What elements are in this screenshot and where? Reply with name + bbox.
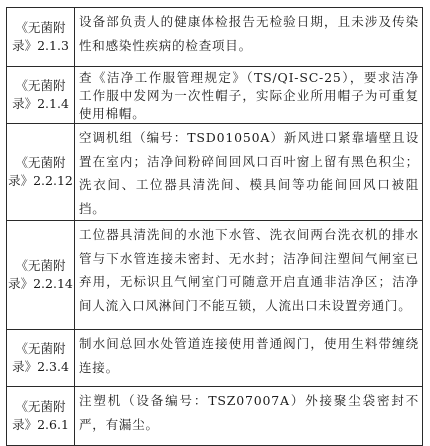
clause-reference: 《无菌附录》2.1.4: [7, 67, 75, 124]
finding-description: 注塑机（设备编号：TSZ07007A）外接聚尘袋密封不严，有漏尘。: [75, 387, 423, 446]
table-row: 《无菌附录》2.2.14 工位器具清洗间的水池下水管、洗衣间两台洗衣机的排水管与…: [7, 221, 423, 330]
clause-reference: 《无菌附录》2.2.12: [7, 124, 75, 221]
finding-description: 空调机组（编号：TSD01050A）新风进口紧靠墙壁且设置在室内；洁净间粉碎间回…: [75, 124, 423, 221]
findings-table: 《无菌附录》2.1.3 设备部负责人的健康体检报告无检验日期，且未涉及传染性和感…: [6, 7, 423, 446]
finding-description: 设备部负责人的健康体检报告无检验日期，且未涉及传染性和感染性疾病的检查项目。: [75, 8, 423, 67]
finding-description: 查《洁净工作服管理规定》（TS/QI-SC-25），要求洁净工作服中发网为一次性…: [75, 67, 423, 124]
clause-reference: 《无菌附录》2.3.4: [7, 330, 75, 387]
table-row: 《无菌附录》2.2.12 空调机组（编号：TSD01050A）新风进口紧靠墙壁且…: [7, 124, 423, 221]
clause-reference: 《无菌附录》2.1.3: [7, 8, 75, 67]
clause-reference: 《无菌附录》2.6.1: [7, 387, 75, 446]
table-row: 《无菌附录》2.6.1 注塑机（设备编号：TSZ07007A）外接聚尘袋密封不严…: [7, 387, 423, 446]
clause-reference: 《无菌附录》2.2.14: [7, 221, 75, 330]
finding-description: 制水间总回水处管道连接使用普通阀门，使用生料带缠绕连接。: [75, 330, 423, 387]
finding-description: 工位器具清洗间的水池下水管、洗衣间两台洗衣机的排水管与下水管连接未密封、无水封；…: [75, 221, 423, 330]
table-row: 《无菌附录》2.3.4 制水间总回水处管道连接使用普通阀门，使用生料带缠绕连接。: [7, 330, 423, 387]
table-row: 《无菌附录》2.1.4 查《洁净工作服管理规定》（TS/QI-SC-25），要求…: [7, 67, 423, 124]
table-row: 《无菌附录》2.1.3 设备部负责人的健康体检报告无检验日期，且未涉及传染性和感…: [7, 8, 423, 67]
